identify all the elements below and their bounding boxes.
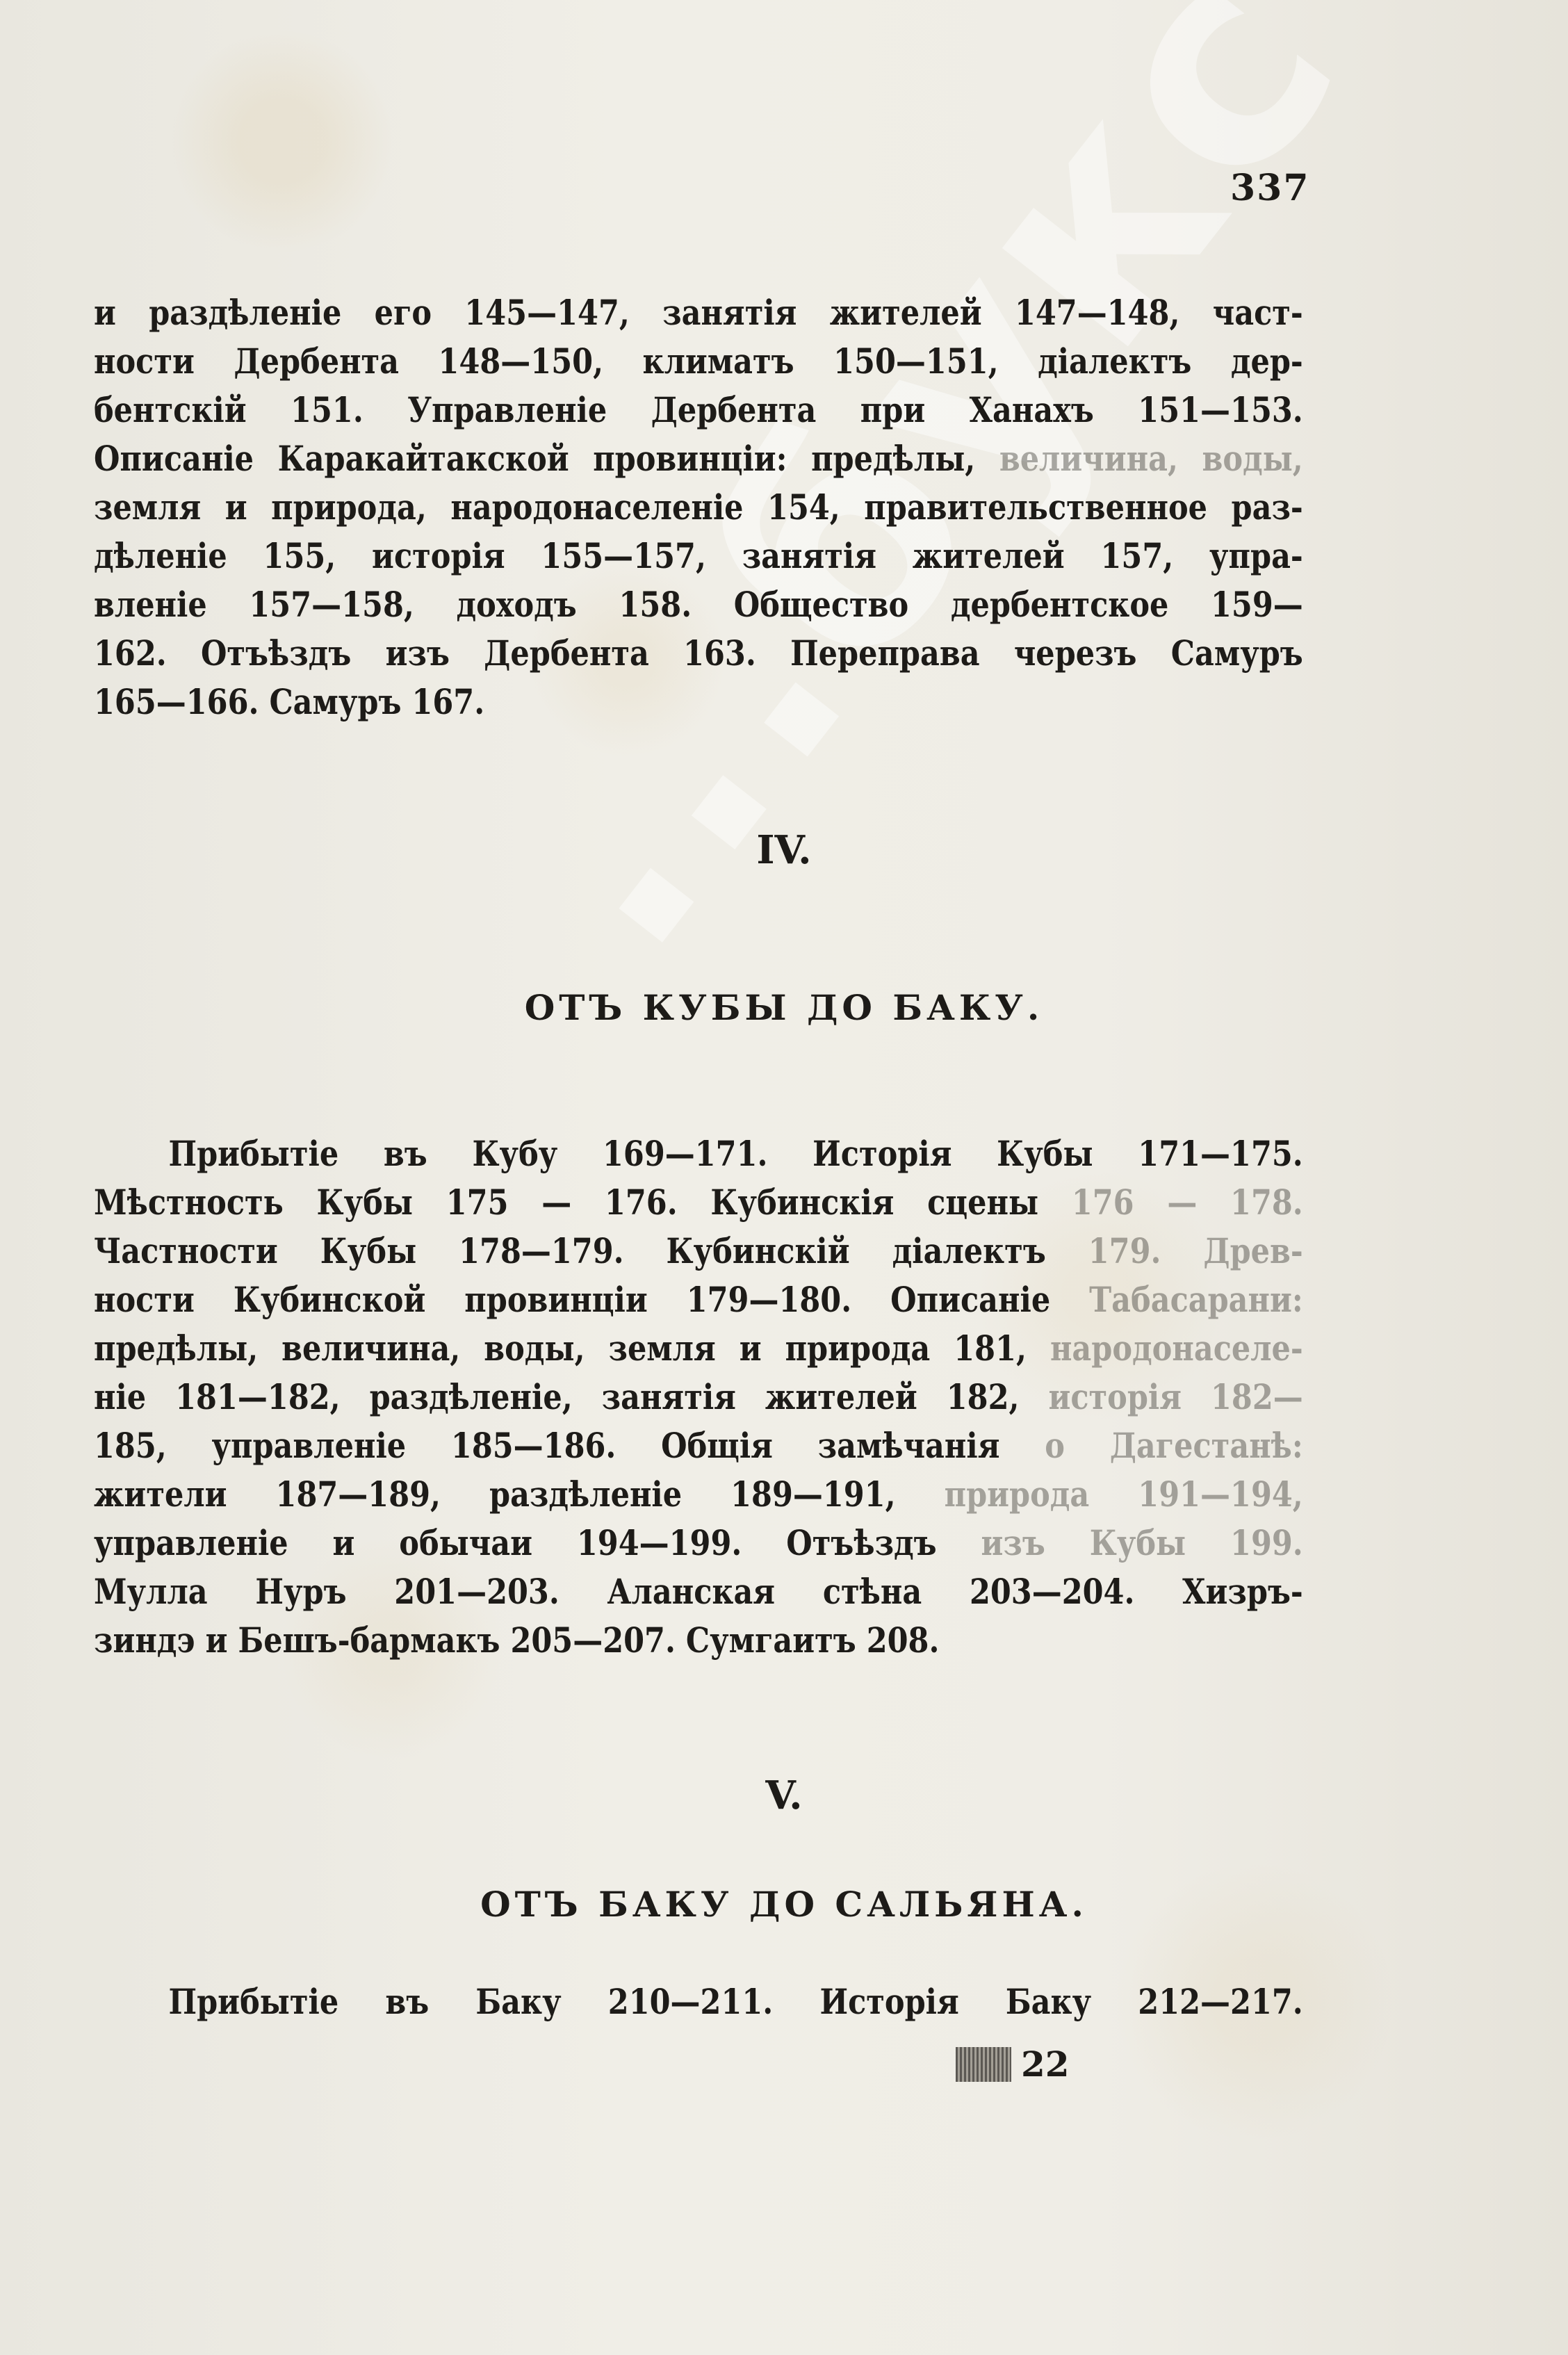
text-line: жители 187—189, раздѣленіе 189—191, прир…	[94, 1470, 1303, 1519]
section-v-title: ОТЪ БАКУ ДО САЛЬЯНА.	[0, 1884, 1568, 1925]
text-line: вленіе 157—158, доходъ 158. Общество дер…	[94, 580, 1303, 629]
text-line: дѣленіе 155, исторія 155—157, занятія жи…	[94, 532, 1303, 580]
section-iv-numeral: IV.	[0, 827, 1568, 873]
text-line: ности Кубинской провинціи 179—180. Описа…	[94, 1276, 1303, 1324]
signature-mark-smudge	[956, 2047, 1011, 2082]
text-line: 165—166. Самуръ 167.	[94, 678, 1303, 726]
text-line: Прибытіе въ Кубу 169—171. Исторія Кубы 1…	[94, 1130, 1303, 1178]
section-v-body: Прибытіе въ Баку 210—211. Исторія Баку 2…	[94, 1978, 1134, 2026]
text-line: Описаніе Каракайтакской провинціи: предѣ…	[94, 434, 1303, 483]
text-line: 185, управленіе 185—186. Общія замѣчанія…	[94, 1421, 1303, 1470]
text-line: ности Дербента 148—150, климатъ 150—151,…	[94, 337, 1303, 386]
signature-number: 22	[1021, 2044, 1070, 2085]
text-line: бентскій 151. Управленіе Дербента при Ха…	[94, 386, 1303, 434]
section-iii-continued: и раздѣленіе его 145—147, занятія жителе…	[94, 288, 1134, 726]
text-line: предѣлы, величина, воды, земля и природа…	[94, 1324, 1303, 1373]
text-line: Мулла Нуръ 201—203. Аланская стѣна 203—2…	[94, 1567, 1303, 1616]
section-v-numeral: V.	[0, 1773, 1568, 1818]
text-line: ніе 181—182, раздѣленіе, занятія жителей…	[94, 1373, 1303, 1421]
text-line: зиндэ и Бешъ-бармакъ 205—207. Сумгаитъ 2…	[94, 1616, 1303, 1665]
text-line: Частности Кубы 178—179. Кубинскій діалек…	[94, 1227, 1303, 1276]
printer-signature: 22	[956, 2044, 1070, 2085]
text-line: 162. Отъѣздъ изъ Дербента 163. Переправа…	[94, 629, 1303, 678]
section-iv-title: ОТЪ КУБЫ ДО БАКУ.	[0, 987, 1568, 1028]
section-iv-body: Прибытіе въ Кубу 169—171. Исторія Кубы 1…	[94, 1130, 1134, 1665]
text-line: Мѣстность Кубы 175 — 176. Кубинскія сцен…	[94, 1178, 1303, 1227]
text-line: и раздѣленіе его 145—147, занятія жителе…	[94, 288, 1303, 337]
text-line: Прибытіе въ Баку 210—211. Исторія Баку 2…	[94, 1978, 1303, 2026]
text-line: земля и природа, народонаселеніе 154, пр…	[94, 483, 1303, 532]
page-number: 337	[1230, 167, 1310, 209]
text-line: управленіе и обычаи 194—199. Отъѣздъ изъ…	[94, 1519, 1303, 1567]
